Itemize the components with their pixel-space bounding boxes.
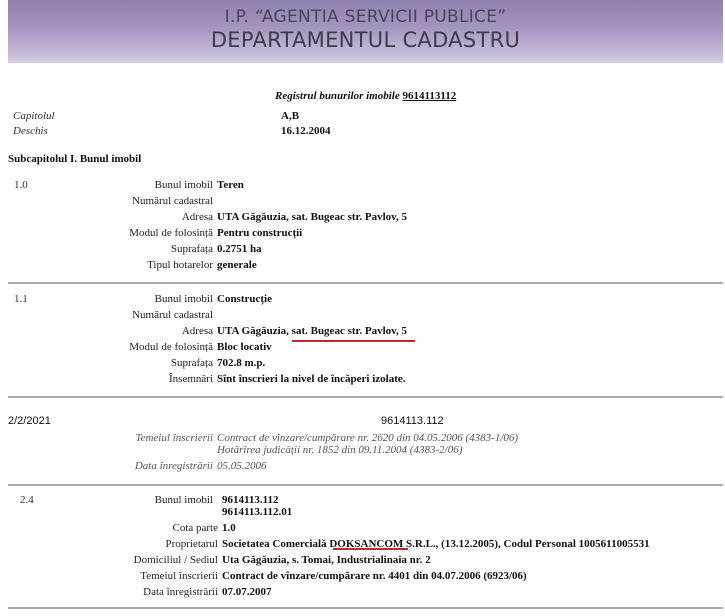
divider: [8, 484, 723, 486]
field-label: Bunul imobil: [13, 179, 213, 191]
field-label: Numărul cadastral: [13, 309, 213, 321]
header-banner: I.P. “AGENTIA SERVICII PUBLICE” DEPARTAM…: [8, 0, 723, 63]
field-value: generale: [217, 259, 257, 271]
field-label: Bunul imobil: [13, 293, 213, 305]
data-label: Data înregistrării: [18, 586, 218, 598]
entry-code: 9614113.112: [381, 415, 444, 427]
field-label: Adresa: [13, 325, 213, 337]
field-value: Sînt înscrieri la nivel de încăperi izol…: [217, 373, 406, 385]
subchapter-title: Subcapitolul I. Bunul imobil: [8, 153, 141, 165]
temeiul-label: Temeiul înscrierii: [13, 432, 213, 444]
field-value: Pentru construcții: [217, 227, 302, 239]
field-label: Suprafața: [13, 243, 213, 255]
register-title-prefix: Registrul bunurilor imobile: [275, 90, 400, 102]
field-label: Modul de folosință: [13, 227, 213, 239]
divider: [8, 396, 723, 398]
divider: [8, 607, 723, 609]
field-value: 702.8 m.p.: [217, 357, 265, 369]
divider: [8, 282, 723, 284]
domiciliu-label: Domiciliul / Sediul: [18, 554, 218, 566]
proprietar-prefix: Societatea Comercială: [222, 538, 327, 550]
temeiul-label: Temeiul înscrierii: [18, 570, 218, 582]
capitolul-label: Capitolul: [13, 110, 55, 122]
domiciliu-value: Uta Găgăuzia, s. Tomai, Industrialinaia …: [222, 554, 431, 566]
bunul-label: Bunul imobil: [13, 494, 213, 506]
department-name: DEPARTAMENTUL CADASTRU: [8, 28, 723, 52]
bunul-line2: 9614113.112.01: [222, 506, 292, 518]
owner-highlight-underline: [333, 548, 408, 550]
data-value: 05.05.2006: [217, 460, 267, 472]
field-value: Construcție: [217, 293, 272, 305]
proprietar-value: Societatea Comercială DOKSANCOM S.R.L., …: [222, 538, 650, 550]
field-value: Bloc locativ: [217, 341, 272, 353]
field-label: Numărul cadastral: [13, 195, 213, 207]
field-label: Tipul hotarelor: [13, 259, 213, 271]
field-value: 0.2751 ha: [217, 243, 262, 255]
data-label: Data înregistrării: [13, 460, 213, 472]
field-label: Modul de folosință: [13, 341, 213, 353]
field-value: UTA Găgăuzia, sat. Bugeac str. Pavlov, 5: [217, 211, 407, 223]
capitolul-value: A,B: [281, 110, 299, 122]
field-label: Însemnări: [13, 373, 213, 385]
address-value: UTA Găgăuzia, sat. Bugeac str. Pavlov, 5: [217, 325, 407, 337]
register-title: Registrul bunurilor imobile 9614113112: [275, 90, 456, 102]
temeiul-line2: Hotărîrea judicății nr. 1852 din 09.11.2…: [217, 444, 462, 456]
temeiul-value: Contract de vînzare/cumpărare nr. 4401 d…: [222, 570, 527, 582]
field-label: Suprafața: [13, 357, 213, 369]
data-value: 07.07.2007: [222, 586, 272, 598]
cota-label: Cota parte: [18, 522, 218, 534]
entry-date: 2/2/2021: [8, 415, 51, 427]
proprietar-label: Proprietarul: [18, 538, 218, 550]
field-label: Adresa: [13, 211, 213, 223]
agency-name: I.P. “AGENTIA SERVICII PUBLICE”: [8, 7, 723, 27]
temeiul-line1: Contract de vînzare/cumpărare nr. 2620 d…: [217, 432, 518, 444]
register-number: 9614113112: [402, 90, 456, 102]
field-value: Teren: [217, 179, 244, 191]
address-highlight-underline: [292, 340, 415, 342]
deschis-value: 16.12.2004: [281, 125, 331, 137]
proprietar-suffix: S.R.L., (13.12.2005), Codul Personal 100…: [406, 538, 650, 550]
deschis-label: Deschis: [13, 125, 48, 137]
cota-value: 1.0: [222, 522, 236, 534]
bunul-line1: 9614113.112: [222, 494, 279, 506]
